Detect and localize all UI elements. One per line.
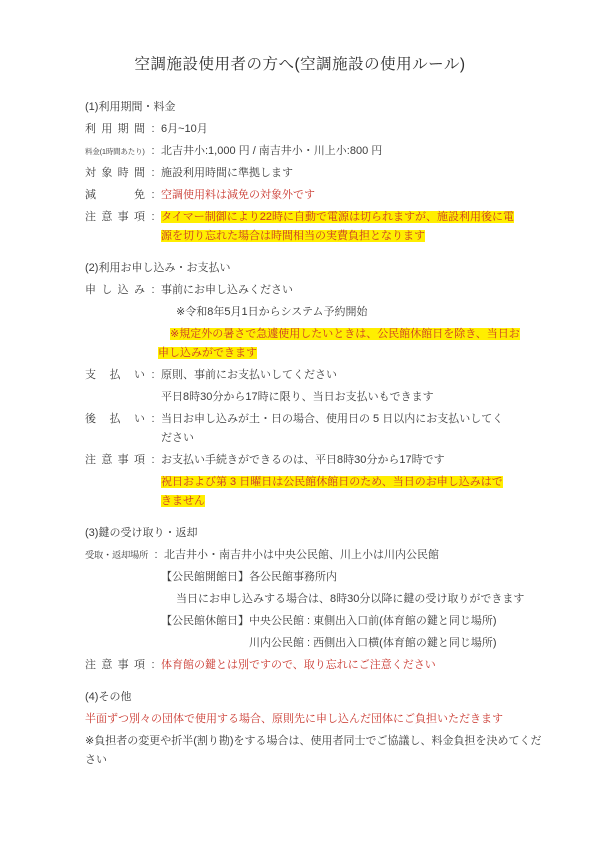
- row-label: 料金(1時間あたり): [85, 142, 145, 161]
- section-heading: (2)利用お申し込み・お支払い: [85, 259, 558, 278]
- closed-day-location-kawauchi: 川内公民館 : 西側出入口横(体育館の鍵と同じ場所): [249, 634, 558, 653]
- note-reservation-start: ※令和8年5月1日からシステム予約開始: [176, 303, 558, 322]
- colon-separator: :: [148, 546, 164, 565]
- section-usage-period-fees: (1)利用期間・料金 利用期間 : 6月~10月 料金(1時間あたり) : 北吉…: [85, 98, 558, 246]
- row-value: 事前にお申し込みください: [161, 281, 558, 300]
- row-label: 対象時間: [85, 164, 145, 183]
- row-label: 減免: [85, 186, 145, 205]
- section-heading: (1)利用期間・料金: [85, 98, 558, 117]
- highlighted-warning-text: ※規定外の暑さで急遽使用したいときは、公民館休館日を除き、当日お 申し込みができ…: [158, 328, 520, 359]
- info-row-caution: 注意事項 : 体育館の鍵とは別ですので、取り忘れにご注意ください: [85, 656, 558, 675]
- row-label: 支払い: [85, 366, 145, 385]
- info-row-application: 申し込み : 事前にお申し込みください: [85, 281, 558, 300]
- colon-separator: :: [145, 120, 161, 139]
- info-row-usage-period: 利用期間 : 6月~10月: [85, 120, 558, 139]
- payment-hours-note: 平日8時30分から17時に限り、当日お支払いもできます: [161, 388, 558, 407]
- row-label: 注意事項: [85, 656, 145, 675]
- colon-separator: :: [145, 656, 161, 675]
- row-value: お支払い手続きができるのは、平日8時30分から17時です: [161, 451, 558, 470]
- colon-separator: :: [145, 208, 161, 227]
- document-page: 空調施設使用者の方へ(空調施設の使用ルール) (1)利用期間・料金 利用期間 :…: [0, 0, 600, 848]
- colon-separator: :: [145, 366, 161, 385]
- colon-separator: :: [145, 142, 161, 161]
- cost-split-note: ※負担者の変更や折半(割り勘)をする場合は、使用者同士でご協議し、料金負担を決め…: [85, 732, 558, 770]
- info-row-payment: 支払い : 原則、事前にお支払いしてください: [85, 366, 558, 385]
- warning-text: 空調使用料は減免の対象外です: [161, 189, 315, 201]
- section-heading: (3)鍵の受け取り・返却: [85, 524, 558, 543]
- row-label: 後払い: [85, 410, 145, 429]
- section-key-pickup-return: (3)鍵の受け取り・返却 受取・返却場所 : 北吉井小・南吉井小は中央公民館、川…: [85, 524, 558, 675]
- info-row-caution: 注意事項 : タイマー制御により22時に自動で電源は切られますが、施設利用後に電…: [85, 208, 558, 246]
- colon-separator: :: [145, 410, 161, 429]
- row-label: 申し込み: [85, 281, 145, 300]
- section-application-payment: (2)利用お申し込み・お支払い 申し込み : 事前にお申し込みください ※令和8…: [85, 259, 558, 511]
- section-heading: (4)その他: [85, 688, 558, 707]
- info-row-exemption: 減免 : 空調使用料は減免の対象外です: [85, 186, 558, 205]
- info-row-deferred-payment: 後払い : 当日お申し込みが土・日の場合、使用日の 5 日以内にお支払いしてく …: [85, 410, 558, 448]
- row-value: 体育館の鍵とは別ですので、取り忘れにご注意ください: [161, 656, 558, 675]
- row-label: 受取・返却場所: [85, 546, 148, 565]
- row-value: 空調使用料は減免の対象外です: [161, 186, 558, 205]
- note-emergency-use: ※規定外の暑さで急遽使用したいときは、公民館休館日を除き、当日お 申し込みができ…: [158, 325, 558, 363]
- warning-text: 体育館の鍵とは別ですので、取り忘れにご注意ください: [161, 659, 436, 671]
- row-label: 利用期間: [85, 120, 145, 139]
- info-row-fee: 料金(1時間あたり) : 北吉井小:1,000 円 / 南吉井小・川上小:800…: [85, 142, 558, 161]
- row-value: 北吉井小・南吉井小は中央公民館、川上小は川内公民館: [164, 546, 558, 565]
- section-other: (4)その他 半面ずつ別々の団体で使用する場合、原則先に申し込んだ団体にご負担い…: [85, 688, 558, 770]
- open-day-note: 当日にお申し込みする場合は、8時30分以降に鍵の受け取りができます: [176, 590, 558, 609]
- row-value: 6月~10月: [161, 120, 558, 139]
- row-value: 原則、事前にお支払いしてください: [161, 366, 558, 385]
- row-value: 施設利用時間に準拠します: [161, 164, 558, 183]
- colon-separator: :: [145, 451, 161, 470]
- row-value: 当日お申し込みが土・日の場合、使用日の 5 日以内にお支払いしてく ださい: [161, 410, 558, 448]
- page-title: 空調施設使用者の方へ(空調施設の使用ルール): [0, 52, 600, 74]
- row-value: タイマー制御により22時に自動で電源は切られますが、施設利用後に電 源を切り忘れ…: [161, 208, 558, 246]
- closed-day-location-central: 【公民館休館日】中央公民館 : 東側出入口前(体育館の鍵と同じ場所): [161, 612, 558, 631]
- info-row-caution: 注意事項 : お支払い手続きができるのは、平日8時30分から17時です: [85, 451, 558, 470]
- colon-separator: :: [145, 186, 161, 205]
- highlighted-warning-text: タイマー制御により22時に自動で電源は切られますが、施設利用後に電 源を切り忘れ…: [161, 211, 514, 242]
- holiday-closure-note: 祝日および第 3 日曜日は公民館休館日のため、当日のお申し込みはで きません: [161, 473, 558, 511]
- info-row-target-hours: 対象時間 : 施設利用時間に準拠します: [85, 164, 558, 183]
- colon-separator: :: [145, 164, 161, 183]
- row-label: 注意事項: [85, 208, 145, 227]
- highlighted-warning-text: 祝日および第 3 日曜日は公民館休館日のため、当日のお申し込みはで きません: [161, 476, 503, 507]
- row-label: 注意事項: [85, 451, 145, 470]
- cost-burden-warning: 半面ずつ別々の団体で使用する場合、原則先に申し込んだ団体にご負担いただきます: [85, 710, 558, 729]
- row-value: 北吉井小:1,000 円 / 南吉井小・川上小:800 円: [161, 142, 558, 161]
- colon-separator: :: [145, 281, 161, 300]
- open-day-location: 【公民館開館日】各公民館事務所内: [161, 568, 558, 587]
- info-row-pickup-location: 受取・返却場所 : 北吉井小・南吉井小は中央公民館、川上小は川内公民館: [85, 546, 558, 565]
